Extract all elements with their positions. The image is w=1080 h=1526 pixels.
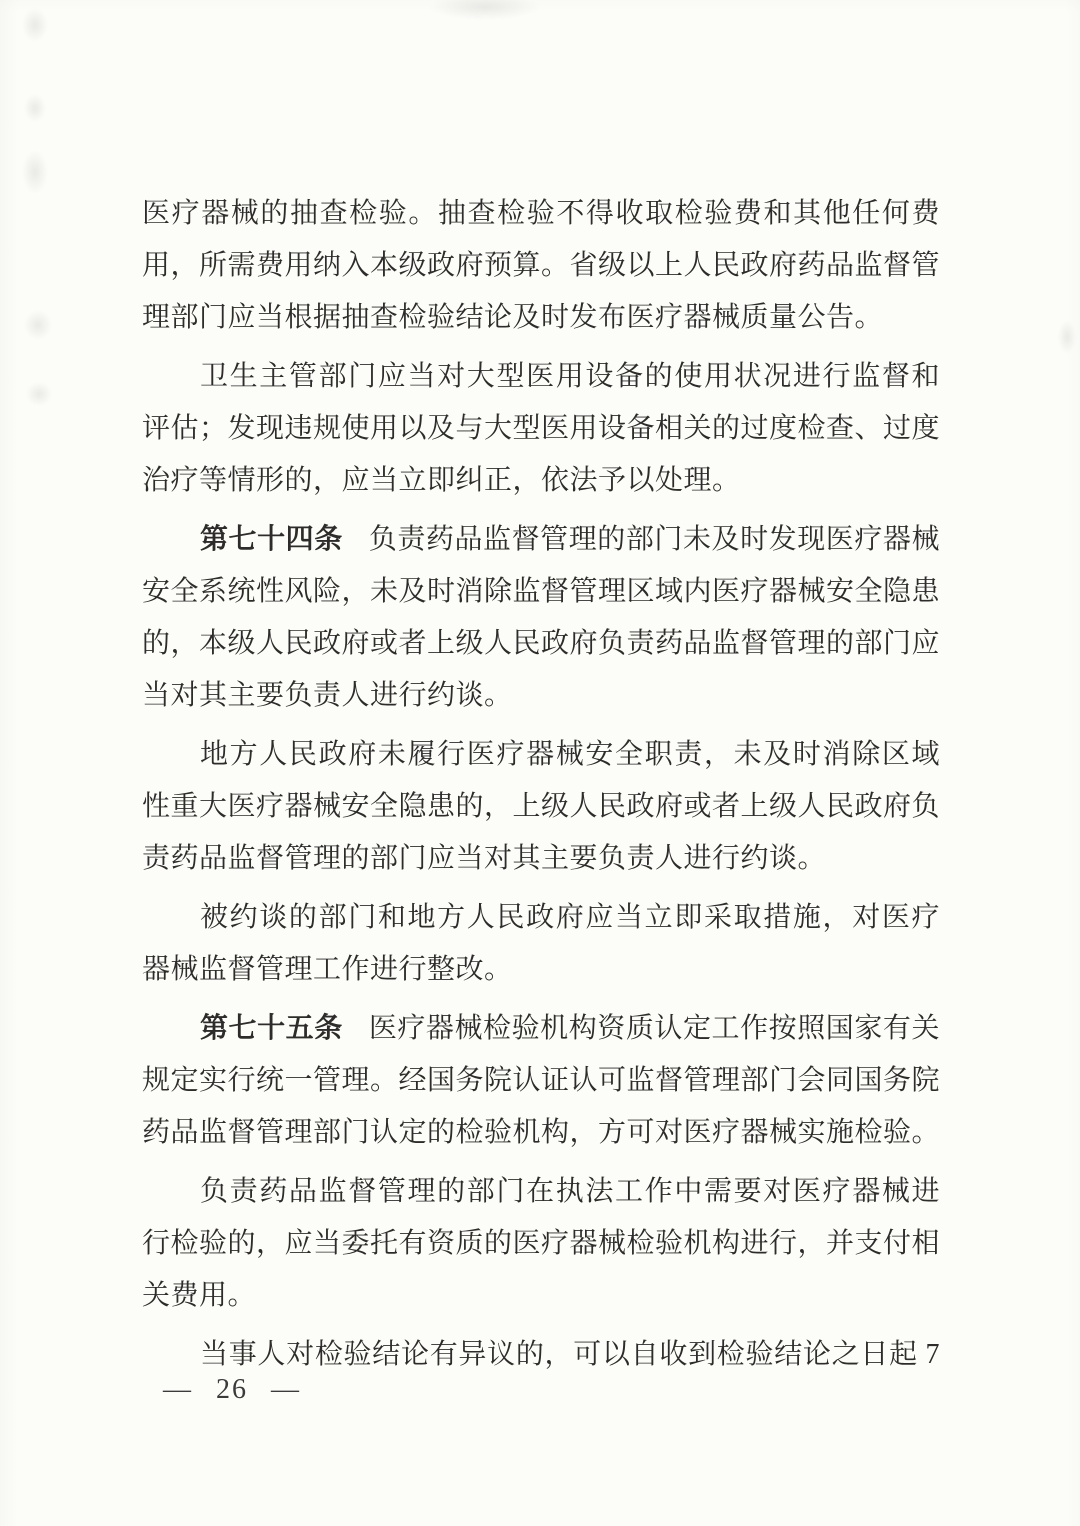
paragraph-inspection-commission: 负责药品监督管理的部门在执法工作中需要对医疗器械进行检验的，应当委托有资质的医疗… [142, 1166, 940, 1322]
scan-smudge [430, 0, 540, 20]
document-page: 医疗器械的抽查检验。抽查检验不得收取检验费和其他任何费用，所需费用纳入本级政府预… [0, 0, 1080, 1526]
page-number: — 26 — [163, 1372, 301, 1408]
paragraph-article-74: 第七十四条负责药品监督管理的部门未及时发现医疗器械安全系统性风险，未及时消除监督… [142, 514, 940, 722]
paragraph-article-75: 第七十五条医疗器械检验机构资质认定工作按照国家有关规定实行统一管理。经国务院认证… [142, 1003, 940, 1159]
scan-smudge [24, 310, 52, 340]
paragraph-rectification: 被约谈的部门和地方人民政府应当立即采取措施，对医疗器械监督管理工作进行整改。 [142, 892, 940, 996]
scan-smudge [24, 94, 46, 122]
scan-smudge [22, 8, 48, 42]
paragraph-health-dept-supervision: 卫生主管部门应当对大型医用设备的使用状况进行监督和评估；发现违规使用以及与大型医… [142, 351, 940, 507]
document-body: 医疗器械的抽查检验。抽查检验不得收取检验费和其他任何费用，所需费用纳入本级政府预… [142, 188, 940, 1381]
article-74-number: 第七十四条 [200, 524, 343, 555]
scan-smudge [22, 150, 48, 194]
paragraph-continuation: 医疗器械的抽查检验。抽查检验不得收取检验费和其他任何费用，所需费用纳入本级政府预… [142, 188, 940, 344]
scan-smudge [26, 382, 52, 406]
article-75-number: 第七十五条 [200, 1013, 343, 1044]
paragraph-local-government-duty: 地方人民政府未履行医疗器械安全职责，未及时消除区域性重大医疗器械安全隐患的，上级… [142, 729, 940, 885]
scan-smudge [1058, 320, 1076, 354]
